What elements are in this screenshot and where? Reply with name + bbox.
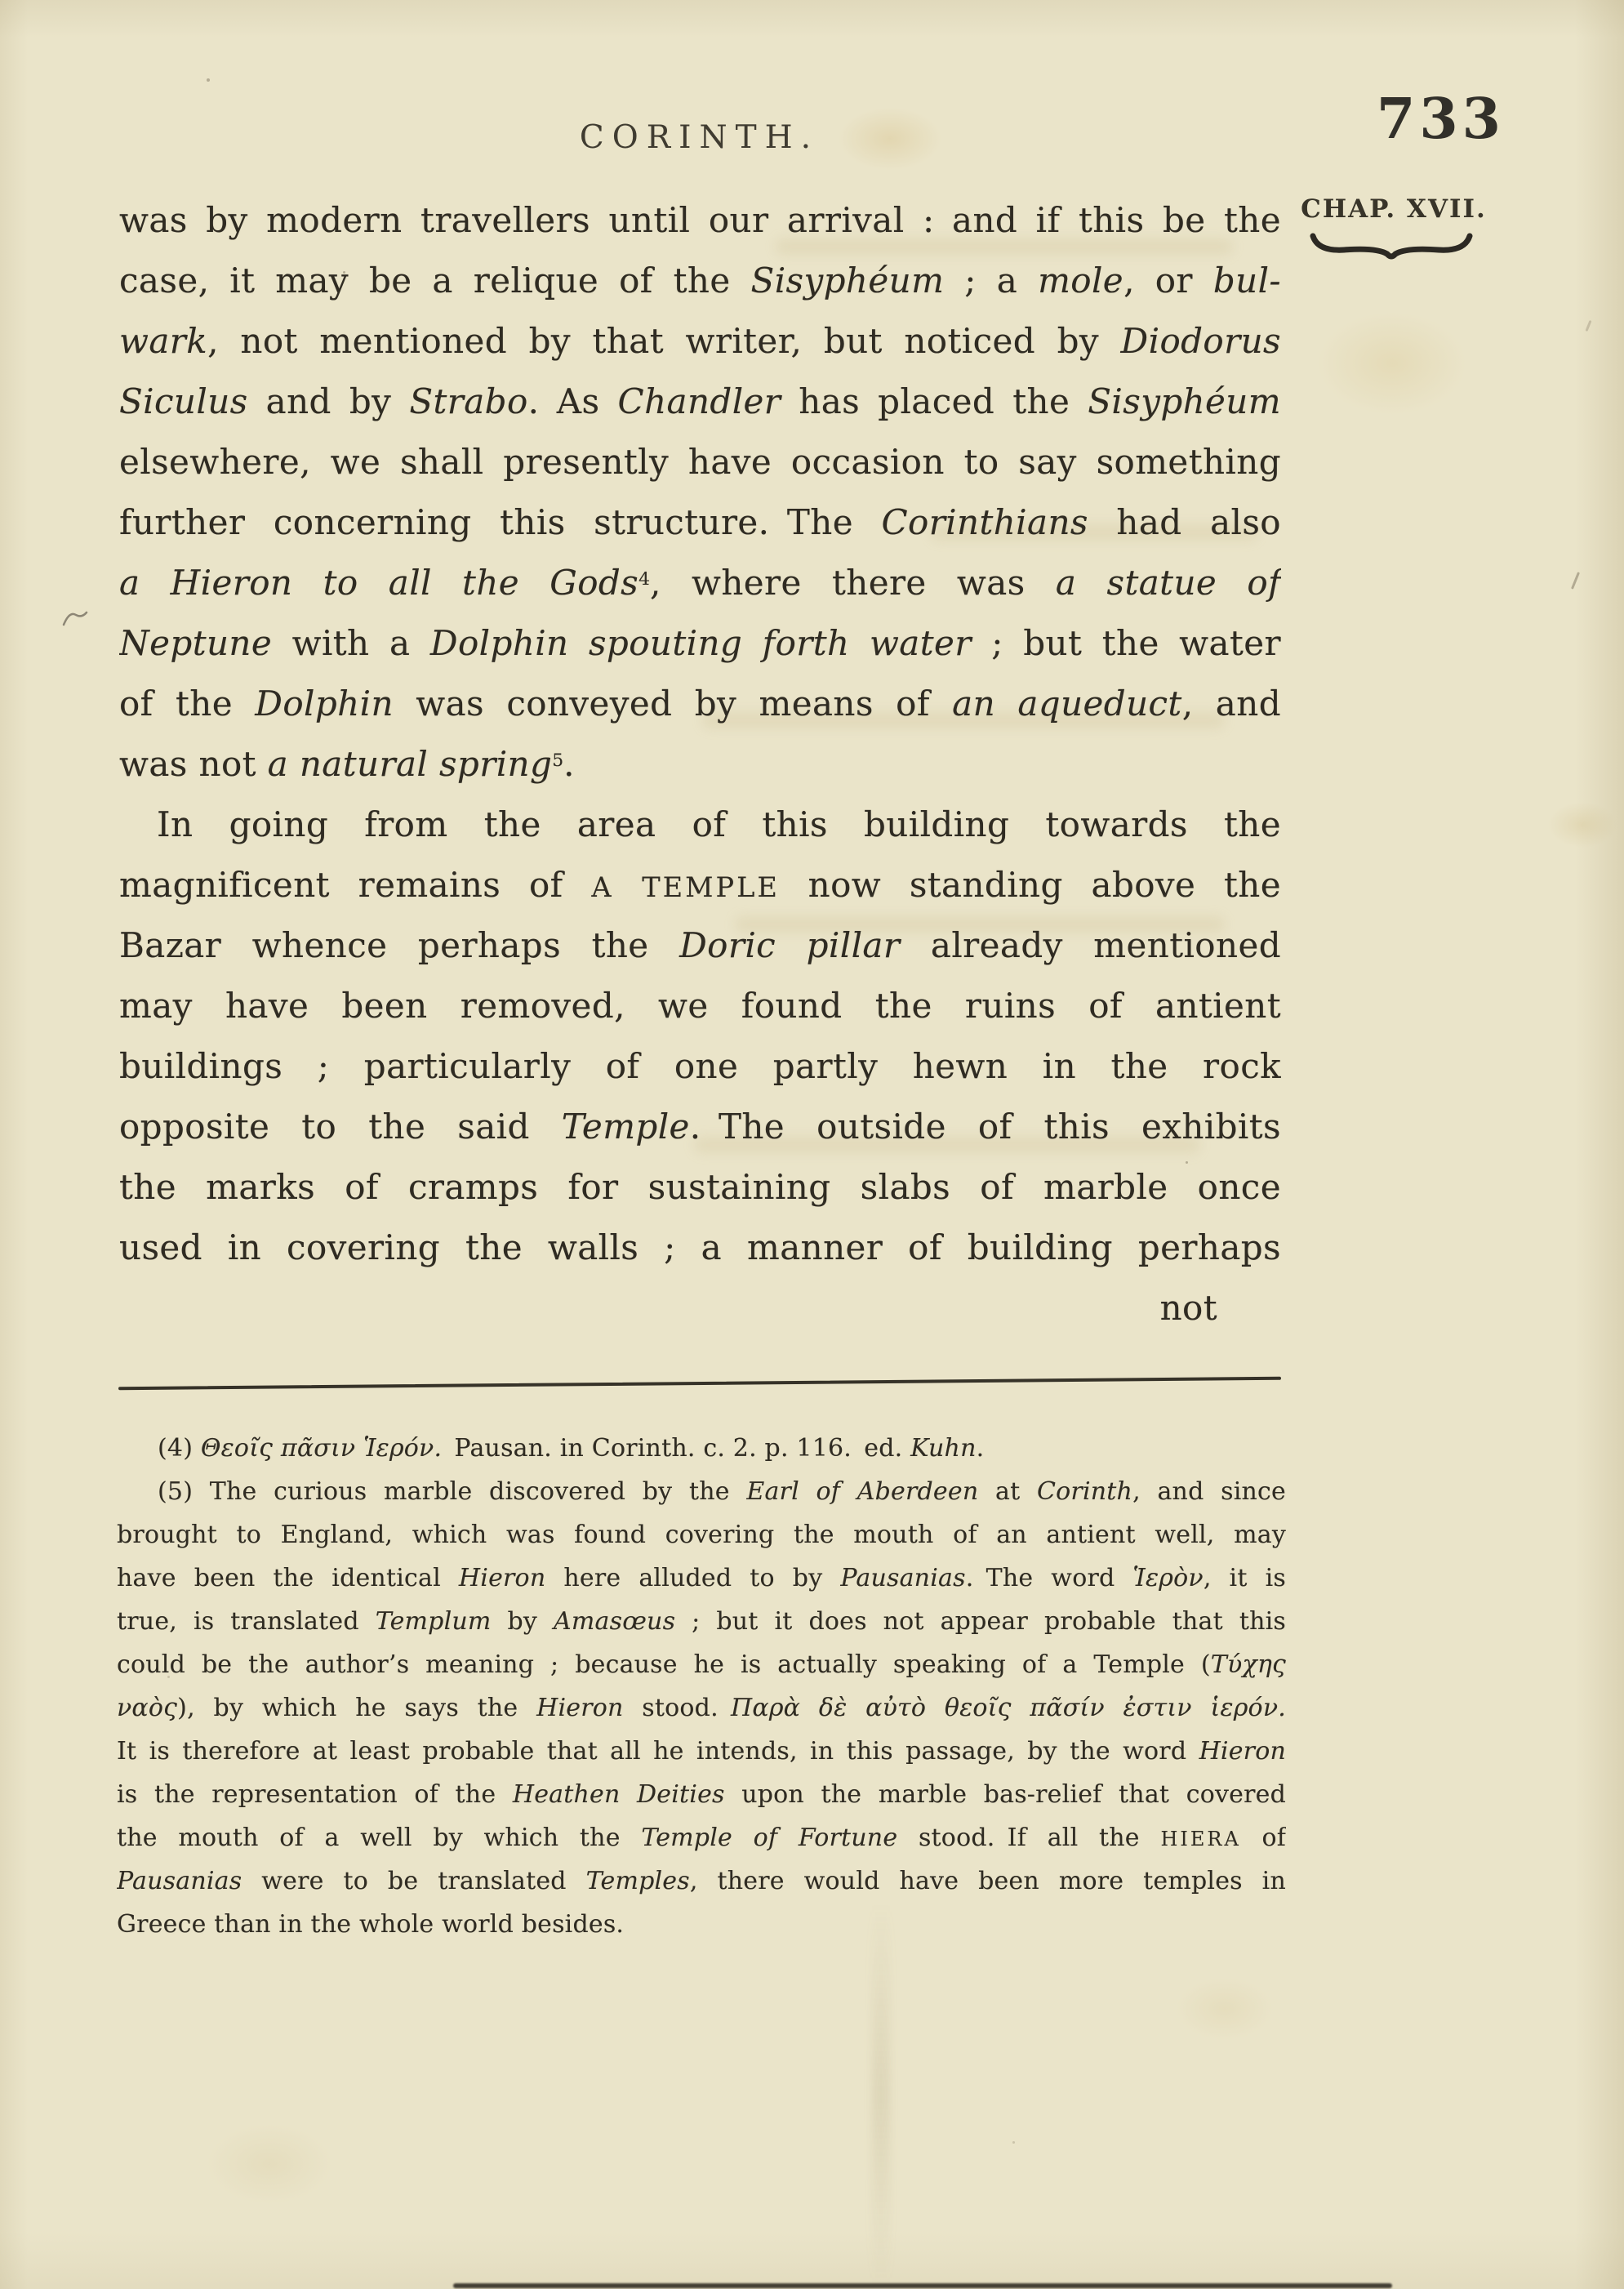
text-segment: had also <box>1088 502 1281 542</box>
text-segment: Amasœus <box>554 1607 675 1636</box>
page-number: 733 <box>1377 87 1505 152</box>
text-segment: Siculus <box>119 381 248 421</box>
body-line-10: was not a natural spring5. <box>119 734 1281 795</box>
text-segment: have been the identical <box>117 1564 459 1592</box>
text-segment: . The word <box>966 1564 1133 1592</box>
text-segment: ναὸς <box>117 1694 177 1722</box>
body-line-7: a Hieron to all the Gods4, where there w… <box>119 553 1281 613</box>
text-segment: . As <box>528 381 618 421</box>
text-segment: ; a <box>944 261 1038 301</box>
text-segment: Corinthians <box>881 502 1088 542</box>
text-segment: , not mentioned by that writer, but noti… <box>207 321 1120 361</box>
body-line-8: Neptune with a Dolphin spouting forth wa… <box>119 613 1281 674</box>
body-line-9: of the Dolphin was conveyed by means of … <box>119 674 1281 734</box>
book-page: CORINTH. 733 CHAP. XVII. was by modern t… <box>0 0 1624 2289</box>
text-segment: Pausan. in Corinth. c. 2. p. 116. ed. <box>442 1434 910 1463</box>
text-segment: was conveyed by means of <box>394 684 952 724</box>
text-segment: may have been removed, we found the ruin… <box>119 986 1281 1026</box>
text-segment: Dolphin spouting forth water <box>430 623 972 663</box>
paper-speck <box>207 78 210 82</box>
text-segment: further concerning this structure. The <box>119 502 881 542</box>
chapter-label: CHAP. XVII. <box>1300 194 1488 224</box>
footnote-5-line-2: brought to England, which was found cove… <box>117 1513 1286 1556</box>
body-line-13: Bazar whence perhaps the Doric pillar al… <box>119 915 1281 976</box>
text-segment: , there would have been more temples in <box>690 1867 1286 1895</box>
text-segment: wark <box>119 321 207 361</box>
text-segment: already mentioned <box>900 925 1281 965</box>
text-segment: stood. If all the <box>897 1824 1160 1852</box>
paper-speck <box>719 140 721 143</box>
text-segment: In going from the area of this building … <box>157 804 1281 844</box>
footnote-5-line-3: have been the identical Hieron here allu… <box>117 1556 1286 1600</box>
body-line-2: case, it may be a relique of the Sisyphé… <box>119 251 1281 311</box>
text-segment: ; but the water <box>972 623 1281 663</box>
text-segment: . <box>563 744 575 784</box>
text-segment: Pausanias <box>840 1564 965 1592</box>
text-segment: Sisyphéum <box>751 261 945 301</box>
text-segment: Dolphin <box>255 684 394 724</box>
text-segment: . <box>977 1434 985 1463</box>
margin-pen-mark <box>62 608 88 629</box>
margin-slash-mark <box>1585 320 1591 332</box>
body-line-16: opposite to the said Temple. The outside… <box>119 1097 1281 1157</box>
margin-slash-mark <box>1571 572 1580 590</box>
text-segment: Earl of Aberdeen <box>746 1477 978 1506</box>
text-segment: used in covering the walls ; a manner of… <box>119 1227 1281 1267</box>
text-segment: the marks of cramps for sustaining slabs… <box>119 1167 1281 1207</box>
text-segment: with a <box>272 623 430 663</box>
footnote-5-line-10: Pausanias were to be translated Temples,… <box>117 1859 1286 1903</box>
text-segment: brought to England, which was found cove… <box>117 1521 1286 1549</box>
text-segment: ; but it does not appear probable that t… <box>675 1607 1286 1636</box>
text-segment: has placed the <box>781 381 1088 421</box>
text-segment: ), by which he says the <box>177 1694 536 1722</box>
text-segment: mole <box>1038 261 1123 301</box>
body-line-4: Siculus and by Strabo. As Chandler has p… <box>119 372 1281 432</box>
text-segment: the mouth of a well by which the <box>117 1824 641 1852</box>
paper-speck <box>1012 2141 1015 2144</box>
text-segment: . The outside of this exhibits <box>690 1107 1281 1147</box>
text-segment: , and since <box>1132 1477 1286 1506</box>
text-segment: were to be translated <box>242 1867 585 1895</box>
text-segment: a Hieron to all the Gods <box>119 563 638 603</box>
text-segment: Kuhn <box>910 1434 977 1463</box>
text-segment: opposite to the said <box>119 1107 562 1147</box>
text-segment: A TEMPLE <box>591 871 780 903</box>
text-segment: stood. <box>624 1694 731 1722</box>
text-segment: Τύχης <box>1211 1650 1286 1679</box>
text-segment: Diodorus <box>1121 321 1281 361</box>
text-segment: (4) <box>158 1434 201 1463</box>
text-segment: Chandler <box>618 381 781 421</box>
text-segment: here alluded to by <box>545 1564 840 1592</box>
text-segment: Strabo <box>409 381 527 421</box>
main-text-block: was by modern travellers until our arriv… <box>119 190 1281 1338</box>
text-segment: Pausanias <box>117 1867 242 1895</box>
footnote-5-line-11: Greece than in the whole world besides. <box>117 1903 1286 1946</box>
paper-speck <box>1186 1161 1188 1164</box>
body-line-6: further concerning this structure. The C… <box>119 492 1281 553</box>
scan-edge-shadow <box>453 2283 1392 2288</box>
text-segment: Heathen Deities <box>513 1780 725 1809</box>
text-segment: Corinth <box>1037 1477 1132 1506</box>
text-segment: by <box>492 1607 554 1636</box>
footnote-5-line-8: is the representation of the Heathen Dei… <box>117 1773 1286 1816</box>
text-segment: , where there was <box>650 563 1056 603</box>
text-segment: upon the marble bas-relief that covered <box>725 1780 1286 1809</box>
text-segment: , or <box>1123 261 1213 301</box>
footnote-separator-rule <box>118 1377 1281 1390</box>
text-segment: a natural spring <box>268 744 553 784</box>
text-segment: Temples <box>586 1867 690 1895</box>
text-segment: could be the author’s meaning ; because … <box>117 1650 1211 1679</box>
text-segment: HIERA <box>1160 1828 1240 1850</box>
body-line-17: the marks of cramps for sustaining slabs… <box>119 1157 1281 1218</box>
text-segment: Doric pillar <box>679 925 900 965</box>
text-segment: Hieron <box>536 1694 623 1722</box>
footnote-4-line-1: (4) Θεοῖς πᾶσιν Ἱερόν. Pausan. in Corint… <box>117 1427 1286 1470</box>
text-segment: Greece than in the whole world besides. <box>117 1910 624 1939</box>
body-line-1: was by modern travellers until our arriv… <box>119 190 1281 251</box>
text-segment: was by modern travellers until our arriv… <box>119 200 1281 240</box>
text-segment: true, is translated <box>117 1607 376 1636</box>
text-segment: now standing above the <box>780 865 1281 905</box>
paper-speck <box>167 1676 170 1678</box>
text-segment: Hieron <box>1199 1737 1286 1766</box>
text-segment: , and <box>1182 684 1281 724</box>
gutter-shadow <box>872 1903 890 2287</box>
body-line-5: elsewhere, we shall presently have occas… <box>119 432 1281 492</box>
running-title: CORINTH. <box>118 119 1280 156</box>
text-segment: Templum <box>376 1607 492 1636</box>
footnote-5-line-7: It is therefore at least probable that a… <box>117 1730 1286 1773</box>
text-segment: Ἱερὸν <box>1132 1564 1203 1592</box>
text-segment: , it is <box>1204 1564 1286 1592</box>
text-segment: It is therefore at least probable that a… <box>117 1737 1199 1766</box>
body-line-3: wark, not mentioned by that writer, but … <box>119 311 1281 372</box>
text-segment: a statue of <box>1056 563 1281 603</box>
footnote-5-line-1: (5) The curious marble discovered by the… <box>117 1470 1286 1513</box>
text-segment: Temple of Fortune <box>641 1824 897 1852</box>
text-segment: buildings ; particularly of one partly h… <box>119 1046 1281 1086</box>
text-segment: was not <box>119 744 268 784</box>
body-line-18: used in covering the walls ; a manner of… <box>119 1218 1281 1278</box>
text-segment: Θεοῖς πᾶσιν Ἱερόν. <box>201 1434 442 1463</box>
text-segment: magnificent remains of <box>119 865 591 905</box>
text-segment: Sisyphéum <box>1088 381 1281 421</box>
chapter-brace-flourish-icon <box>1310 229 1473 262</box>
text-segment: Neptune <box>119 623 272 663</box>
text-segment: at <box>978 1477 1037 1506</box>
text-segment: not <box>1160 1288 1217 1328</box>
text-segment: of the <box>119 684 255 724</box>
text-segment: is the representation of the <box>117 1780 513 1809</box>
footnote-5-line-6: ναὸς), by which he says the Hieron stood… <box>117 1686 1286 1730</box>
text-segment: Bazar whence perhaps the <box>119 925 679 965</box>
text-segment: and by <box>248 381 410 421</box>
text-segment: of <box>1241 1824 1286 1852</box>
catchword: not <box>119 1278 1281 1338</box>
footnotes-block: (4) Θεοῖς πᾶσιν Ἱερόν. Pausan. in Corint… <box>117 1427 1286 1946</box>
text-segment: case, it may be a relique of the <box>119 261 751 301</box>
footnote-5-line-4: true, is translated Templum by Amasœus ;… <box>117 1600 1286 1643</box>
text-segment: elsewhere, we shall presently have occas… <box>119 442 1281 482</box>
text-segment: Παρὰ δὲ αὐτὸ θεοῖς πᾶσίν ἐστιν ἱερόν. <box>731 1694 1286 1722</box>
paper-speck <box>343 271 345 274</box>
text-segment: bul- <box>1213 261 1281 301</box>
body-line-11: In going from the area of this building … <box>119 795 1281 855</box>
text-segment: Hieron <box>459 1564 545 1592</box>
footnote-5-line-9: the mouth of a well by which the Temple … <box>117 1816 1286 1859</box>
body-line-14: may have been removed, we found the ruin… <box>119 976 1281 1036</box>
footnote-reference: 4 <box>638 569 650 590</box>
text-segment: Temple <box>562 1107 690 1147</box>
text-segment: an aqueduct <box>952 684 1182 724</box>
body-line-12: magnificent remains of A TEMPLE now stan… <box>119 855 1281 915</box>
text-segment: (5) The curious marble discovered by the <box>158 1477 746 1506</box>
footnote-5-line-5: could be the author’s meaning ; because … <box>117 1643 1286 1686</box>
footnote-reference: 5 <box>552 750 563 771</box>
body-line-15: buildings ; particularly of one partly h… <box>119 1036 1281 1097</box>
